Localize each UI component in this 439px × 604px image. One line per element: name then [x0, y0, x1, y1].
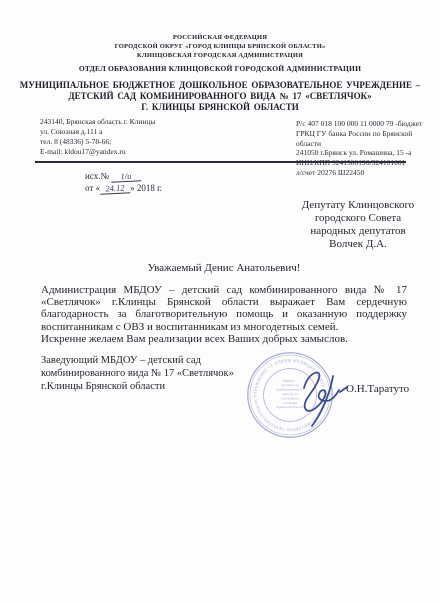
org-street-address: ул. Союзная д.111 а	[40, 127, 240, 137]
letterhead-line-okrug: ГОРОДСКОЙ ОКРУГ «ГОРОД КЛИНЦЫ БРЯНСКОЙ О…	[20, 43, 420, 52]
outgoing-reference-block: исх.№ 1/и от «24.12» 2018 г.	[85, 170, 162, 194]
org-email: E-mail: kldou17@yandex.ru	[40, 147, 240, 157]
salutation: Уважаемый Денис Анатольевич!	[41, 262, 407, 274]
body-paragraph-wishes: Искренне желаем Вам реализации всех Ваши…	[41, 333, 407, 345]
org-name-line1: МУНИЦИПАЛЬНОЕ БЮДЖЕТНОЕ ДОШКОЛЬНОЕ ОБРАЗ…	[14, 80, 426, 91]
outgoing-date-line: от «24.12» 2018 г.	[85, 182, 162, 194]
date-handwritten: 24.12	[100, 183, 130, 195]
addressee-line: Депутату Клинцовского	[273, 199, 439, 212]
letterhead-state-block: РОССИЙСКАЯ ФЕДЕРАЦИЯ ГОРОДСКОЙ ОКРУГ «ГО…	[20, 34, 420, 60]
letter-page: РОССИЙСКАЯ ФЕДЕРАЦИЯ ГОРОДСКОЙ ОКРУГ «ГО…	[0, 0, 439, 604]
date-prefix: от «	[85, 183, 100, 193]
org-phone: тел. 8 (48336) 5-78-66;	[40, 137, 240, 147]
signer-name: О.Н.Таратуто	[346, 383, 409, 395]
org-contact-block: 243140, Брянская область г. Клинцы ул. С…	[40, 117, 240, 157]
org-name-line2: ДЕТСКИЙ САД КОМБИНИРОВАННОГО ВИДА № 17 «…	[14, 91, 426, 102]
letterhead-divider	[35, 161, 406, 163]
bank-address: 241050 г.Брянск ул. Ромашина, 15 -а	[296, 148, 434, 158]
outgoing-number-line: исх.№ 1/и	[85, 170, 162, 182]
outgoing-number-label: исх.№	[85, 171, 109, 181]
letterhead-line-administration: КЛИНЦОВСКАЯ ГОРОДСКАЯ АДМИНИСТРАЦИЯ	[20, 52, 420, 61]
org-postal-address: 243140, Брянская область г. Клинцы	[40, 117, 240, 127]
bank-account: Р/с 407 018 100 000 11 0000 79 -бюджет	[296, 119, 434, 129]
addressee-line: народных депутатов	[273, 225, 439, 238]
body-paragraph-gratitude: Администрация МБДОУ – детский сад комбин…	[41, 284, 407, 333]
bank-name: ГРКЦ ГУ банка России по Брянской области	[296, 129, 434, 149]
addressee-line: городского Совета	[273, 212, 439, 225]
addressee-name: Волчек Д.А.	[273, 238, 439, 251]
addressee-block: Депутату Клинцовского городского Совета …	[273, 199, 439, 251]
personal-account: л/счет 20276 Ш22450	[296, 168, 434, 178]
bank-details-block: Р/с 407 018 100 000 11 0000 79 -бюджет Г…	[296, 119, 434, 178]
org-name-line3: Г. КЛИНЦЫ БРЯНСКОЙ ОБЛАСТИ	[14, 102, 426, 113]
letterhead-organization: МУНИЦИПАЛЬНОЕ БЮДЖЕТНОЕ ДОШКОЛЬНОЕ ОБРАЗ…	[14, 80, 426, 112]
inn-kpp: ИНН/КПП 3241500196/324101001	[296, 158, 434, 168]
letterhead-line-federation: РОССИЙСКАЯ ФЕДЕРАЦИЯ	[20, 34, 420, 43]
date-suffix: » 2018 г.	[130, 183, 162, 193]
outgoing-number-handwritten: 1/и	[111, 171, 141, 183]
letterhead-department: ОТДЕЛ ОБРАЗОВАНИЯ КЛИНЦОВСКОЙ ГОРОДСКОЙ …	[20, 64, 420, 73]
letter-body: Администрация МБДОУ – детский сад комбин…	[41, 284, 407, 345]
